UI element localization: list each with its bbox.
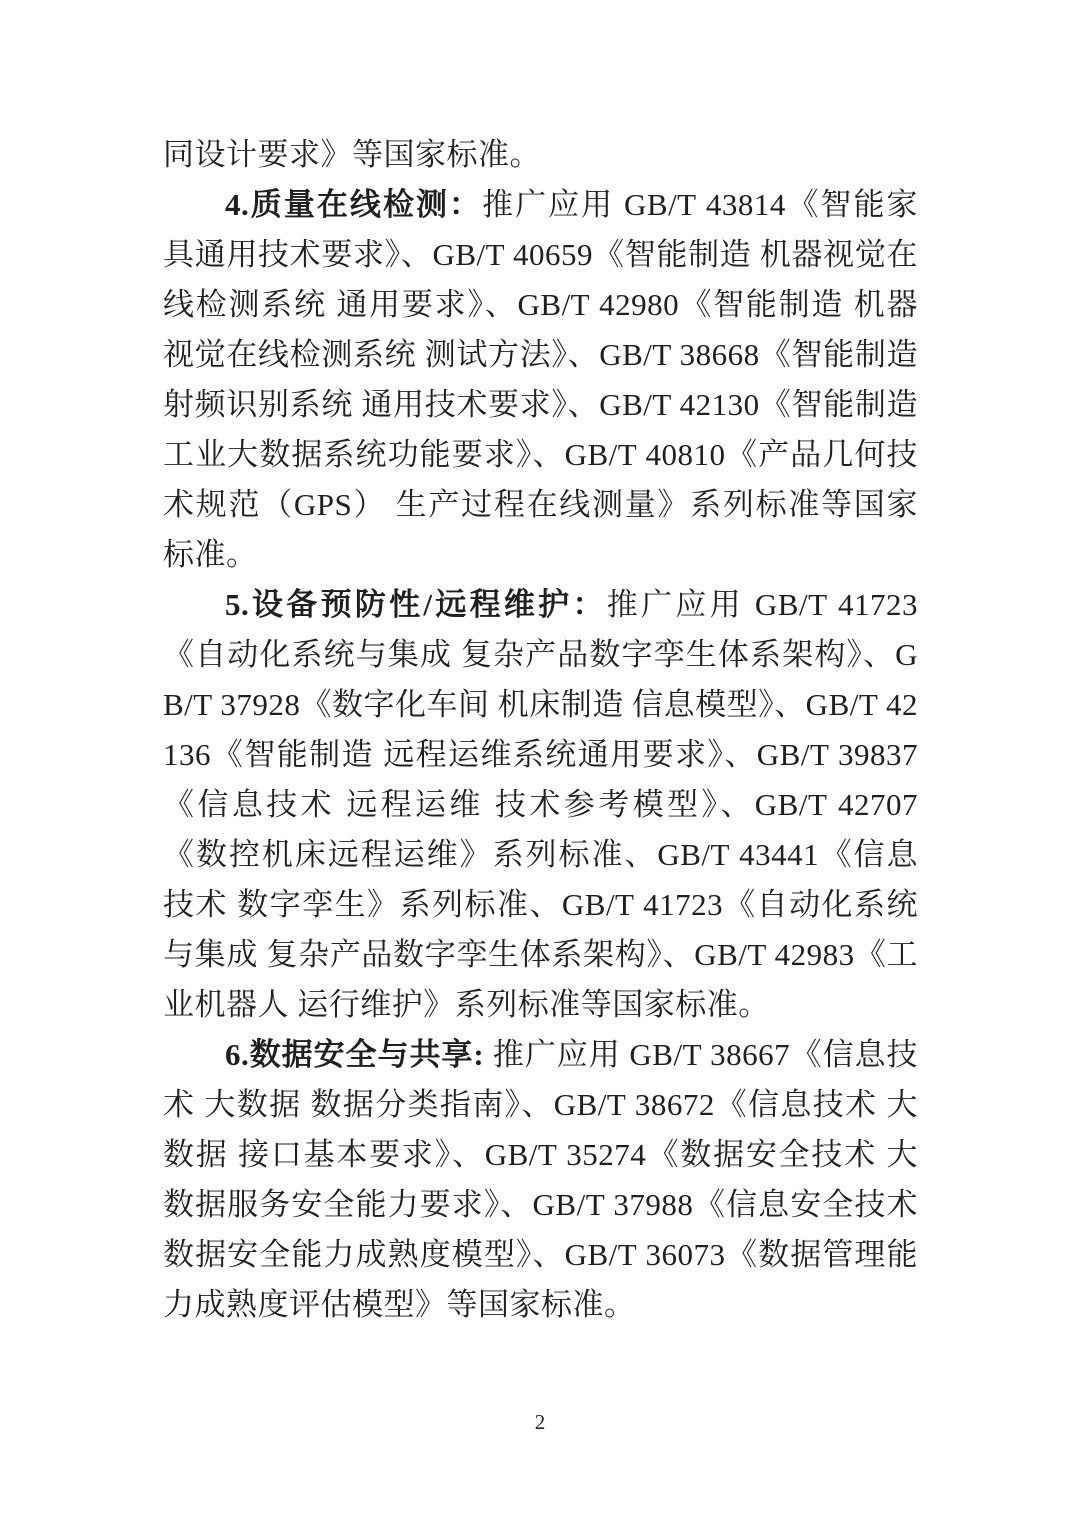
paragraph-body: 推广应用 GB/T 43814《智能家具通用技术要求》、GB/T 40659《智… — [163, 187, 918, 572]
paragraph: 6.数据安全与共享: 推广应用 GB/T 38667《信息技术 大数据 数据分类… — [163, 1030, 918, 1330]
paragraph-lead: 5.设备预防性/远程维护： — [225, 587, 607, 622]
page-footer: 2 — [0, 1410, 1080, 1435]
paragraph-lead: 6.数据安全与共享: — [225, 1037, 493, 1072]
document-body: 同设计要求》等国家标准。4.质量在线检测：推广应用 GB/T 43814《智能家… — [163, 130, 918, 1330]
paragraph: 4.质量在线检测：推广应用 GB/T 43814《智能家具通用技术要求》、GB/… — [163, 180, 918, 580]
page-number: 2 — [535, 1410, 546, 1434]
paragraph: 同设计要求》等国家标准。 — [163, 130, 918, 180]
paragraph-body: 推广应用 GB/T 38667《信息技术 大数据 数据分类指南》、GB/T 38… — [163, 1037, 918, 1322]
paragraph: 5.设备预防性/远程维护：推广应用 GB/T 41723《自动化系统与集成 复杂… — [163, 580, 918, 1030]
paragraph-body: 同设计要求》等国家标准。 — [163, 137, 541, 172]
paragraph-body: 推广应用 GB/T 41723《自动化系统与集成 复杂产品数字孪生体系架构》、G… — [163, 587, 918, 1022]
document-page: 同设计要求》等国家标准。4.质量在线检测：推广应用 GB/T 43814《智能家… — [0, 0, 1080, 1527]
paragraph-lead: 4.质量在线检测： — [225, 187, 482, 222]
